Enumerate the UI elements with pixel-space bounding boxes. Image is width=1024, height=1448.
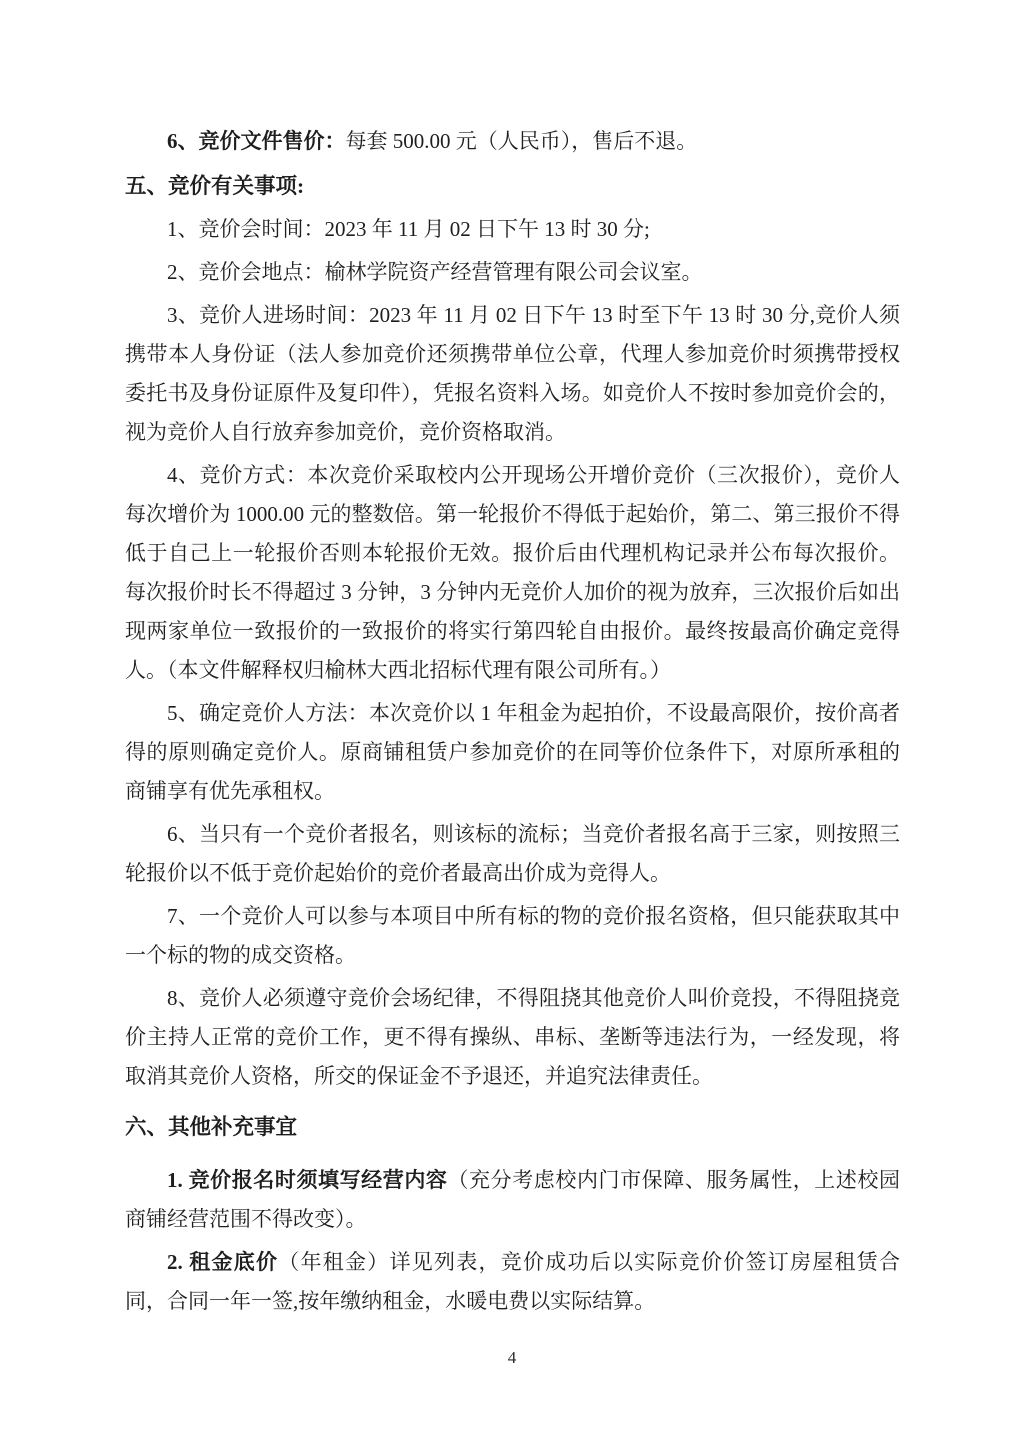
document-content: 6、竞价文件售价：每套 500.00 元（人民币），售后不退。 五、竞价有关事项…: [125, 122, 900, 1325]
section-heading-six: 六、其他补充事宜: [125, 1108, 900, 1147]
section-heading-five: 五、竞价有关事项:: [125, 167, 900, 206]
section-six-item-1: 1. 竞价报名时须填写经营内容（充分考虑校内门市保障、服务属性，上述校园商铺经营…: [125, 1161, 900, 1239]
file-price-label: 6、竞价文件售价：: [167, 129, 346, 153]
section-five-item-3: 3、竞价人进场时间：2023 年 11 月 02 日下午 13 时至下午 13 …: [125, 296, 900, 452]
section-five-item-2: 2、竞价会地点：榆林学院资产经营管理有限公司会议室。: [125, 253, 900, 292]
paragraph-file-price: 6、竞价文件售价：每套 500.00 元（人民币），售后不退。: [125, 122, 900, 161]
page-number: 4: [508, 1348, 517, 1367]
section-five-item-8: 8、竞价人必须遵守竞价会场纪律，不得阻挠其他竞价人叫价竞投，不得阻挠竞价主持人正…: [125, 979, 900, 1096]
section-five-item-5: 5、确定竞价人方法：本次竞价以 1 年租金为起拍价，不设最高限价，按价高者得的原…: [125, 694, 900, 811]
page-footer: 4: [0, 1348, 1024, 1368]
document-page: 6、竞价文件售价：每套 500.00 元（人民币），售后不退。 五、竞价有关事项…: [0, 0, 1024, 1448]
file-price-text: 每套 500.00 元（人民币），售后不退。: [346, 129, 698, 153]
section-five-item-4: 4、竞价方式：本次竞价采取校内公开现场公开增价竞价（三次报价），竞价人每次增价为…: [125, 456, 900, 690]
section-six-item-1-label: 1. 竞价报名时须填写经营内容: [167, 1168, 447, 1192]
section-five-item-1: 1、竞价会时间：2023 年 11 月 02 日下午 13 时 30 分;: [125, 210, 900, 249]
section-five-item-7: 7、一个竞价人可以参与本项目中所有标的物的竞价报名资格，但只能获取其中一个标的物…: [125, 897, 900, 975]
section-six-item-2-label: 2. 租金底价: [167, 1250, 278, 1274]
section-five-item-6: 6、当只有一个竞价者报名，则该标的流标；当竞价者报名高于三家，则按照三轮报价以不…: [125, 815, 900, 893]
section-six-item-2: 2. 租金底价（年租金）详见列表，竞价成功后以实际竞价价签订房屋租赁合同，合同一…: [125, 1243, 900, 1321]
